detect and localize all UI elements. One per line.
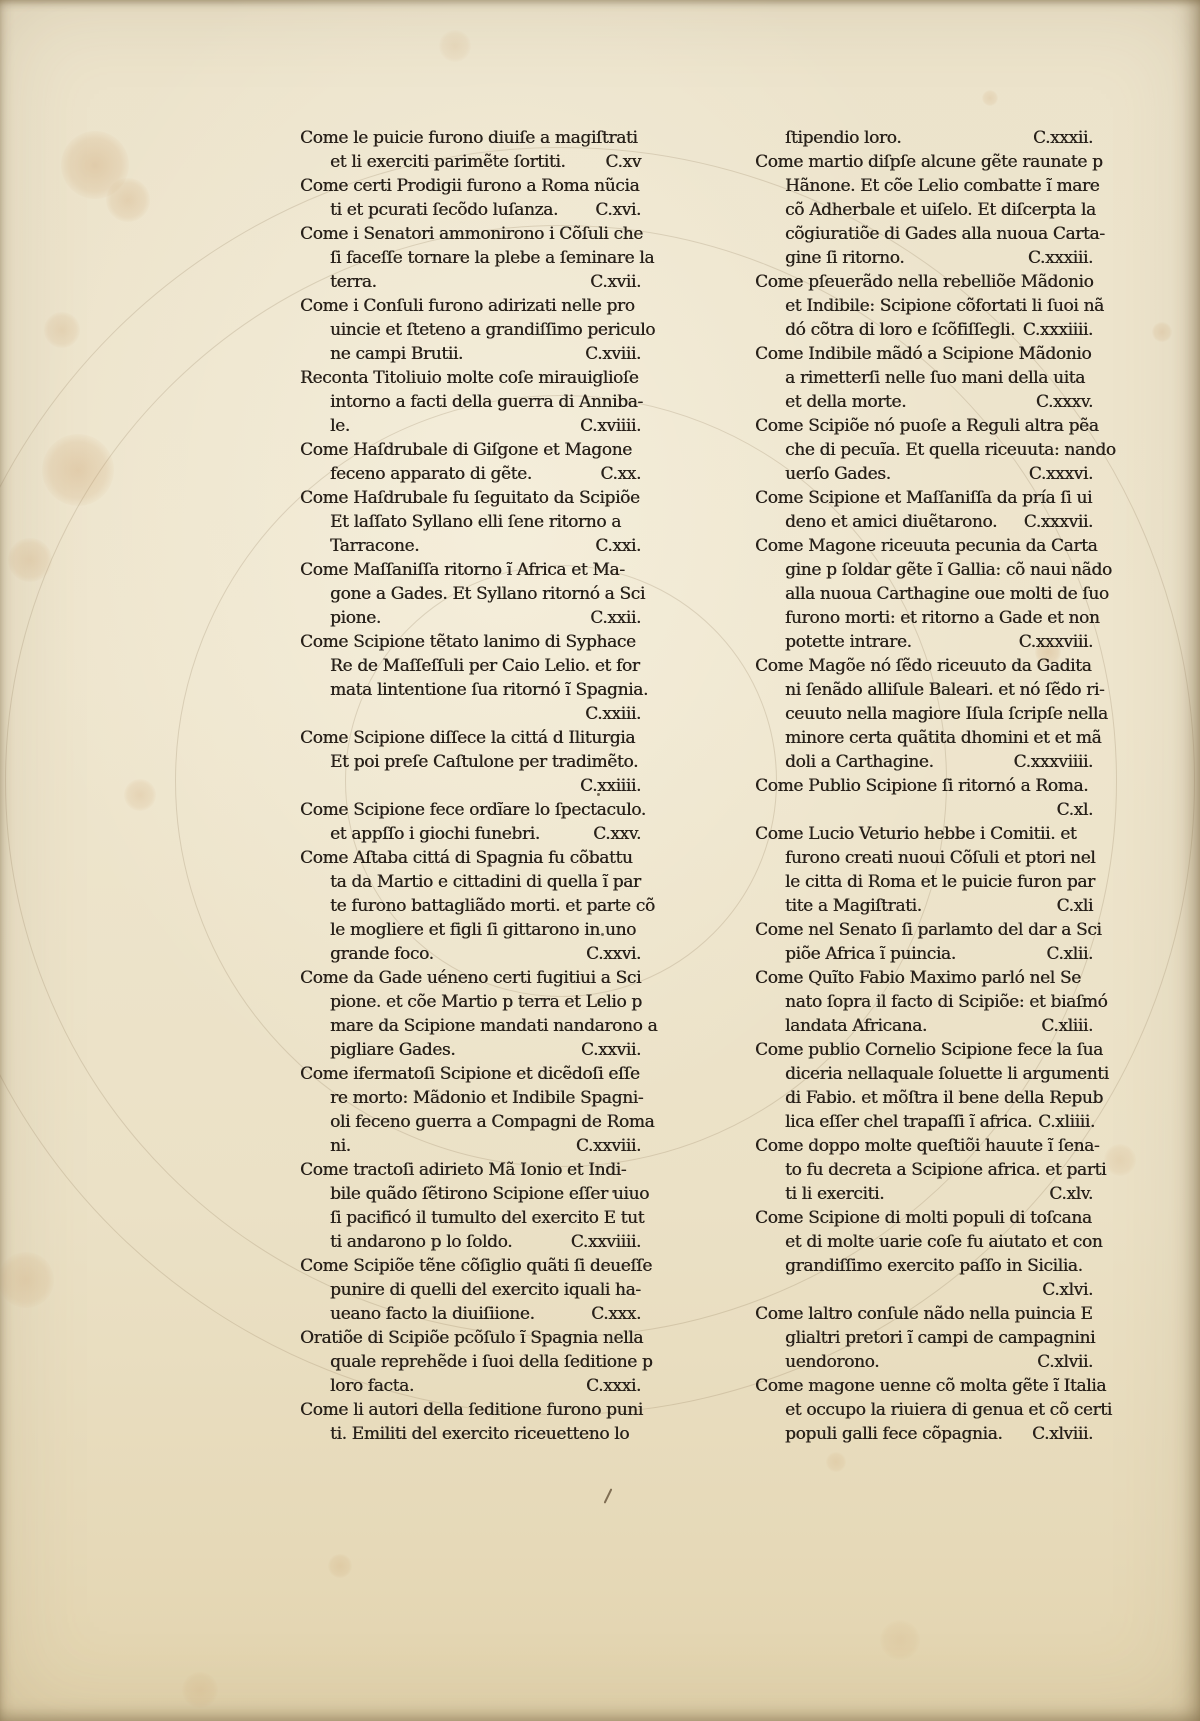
toc-line-text: Come Maſſaniſſa ritorno ĩ Africa et Ma- (300, 558, 625, 582)
toc-line-text: tite a Magiſtrati. (785, 894, 922, 918)
toc-line-text: Come ifermatoſi Scipione et dicẽdoſi eſſ… (300, 1062, 640, 1086)
toc-line-text: piõe Africa ĩ puincia. (785, 942, 956, 966)
chapter-number: C.xvi. (589, 198, 641, 222)
book-page: Come le puicie furono diuiſe a magiſtrat… (0, 0, 1200, 1721)
toc-line-text: Come Scipione et Maſſaniſſa da pría ſi u… (755, 486, 1092, 510)
toc-line-text: Tarracone. (330, 534, 419, 558)
chapter-number: C.xxvii. (575, 1038, 641, 1062)
chapter-number: C.xxxv. (1030, 390, 1093, 414)
chapter-number: C.xxxii. (1027, 126, 1093, 150)
toc-entry: Come Scipione et Maſſaniſſa da pría ſi u… (755, 486, 1093, 534)
foxing-spot (439, 30, 471, 62)
toc-line-text: le citta di Roma et le puicie furon par (785, 870, 1095, 894)
toc-line-text: potette intrare. (785, 630, 912, 654)
toc-line-text: Come Publio Scipione ſi ritornó a Roma. (755, 774, 1088, 798)
toc-line-text: grande foco. (330, 942, 434, 966)
toc-line: pione. et cõe Martio p terra et Lelio p (300, 990, 641, 1014)
toc-line: Come Scipiõe nó puoſe a Reguli altra pẽa (755, 414, 1093, 438)
foxing-spot (124, 779, 156, 811)
toc-line: landata Africana.C.xliii. (755, 1014, 1093, 1038)
chapter-number: C.xli (1050, 894, 1093, 918)
toc-line-text: gone a Gades. Et Syllano ritornó a Sci (330, 582, 645, 606)
toc-line-text: loro facta. (330, 1374, 414, 1398)
toc-entry: Come Scipione tẽtato lanimo di SyphaceRe… (300, 630, 641, 726)
chapter-number: C.xxxiii. (1022, 246, 1093, 270)
toc-entry: Come le puicie furono diuiſe a magiſtrat… (300, 126, 641, 174)
toc-line: Come magone uenne cõ molta gẽte ĩ Italia (755, 1374, 1093, 1398)
foxing-spot (1152, 322, 1172, 342)
foxing-spot (61, 131, 129, 199)
toc-entry: Come Scipione di molti populi di toſcana… (755, 1206, 1093, 1302)
toc-entry: Come doppo molte queſtiõi hauute ĩ ſena-… (755, 1134, 1093, 1206)
toc-line-text: gine ſi ritorno. (785, 246, 904, 270)
toc-line: Oratiõe di Scipiõe pcõſulo ĩ Spagnia nel… (300, 1326, 641, 1350)
toc-line-text: Come da Gade uéneno certi fugitiui a Sci (300, 966, 641, 990)
toc-entry: Come tractoſi adirieto Mã Ionio et Indi-… (300, 1158, 641, 1254)
toc-line: cõgiuratiõe di Gades alla nuoua Carta- (755, 222, 1093, 246)
toc-line-text: ti li exerciti. (785, 1182, 884, 1206)
toc-line-text: cõ Adherbale et uiſelo. Et diſcerpta la (785, 198, 1096, 222)
toc-line-text: ne campi Brutii. (330, 342, 463, 366)
chapter-number: C.xlv. (1043, 1182, 1093, 1206)
toc-entry: ſtipendio loro.C.xxxii. (755, 126, 1093, 150)
chapter-number: C.xxxiiii. (1017, 318, 1093, 342)
toc-line-text: Come li autori della ſeditione furono pu… (300, 1398, 643, 1422)
toc-line: Come publio Cornelio Scipione fece la ſu… (755, 1038, 1093, 1062)
toc-line-text: Come Quĩto Fabio Maximo parló nel Se (755, 966, 1081, 990)
chapter-number: C.xliiii. (1032, 1110, 1095, 1134)
toc-line-text: Come martio diſpſe alcune gẽte raunate p (755, 150, 1103, 174)
toc-line: gine p ſoldar gẽte ĩ Gallia: cõ naui nãd… (755, 558, 1093, 582)
chapter-number: C.xxviii. (570, 1134, 641, 1158)
toc-line-text: Come doppo molte queſtiõi hauute ĩ ſena- (755, 1134, 1099, 1158)
chapter-number: C.xliii. (1035, 1014, 1093, 1038)
chapter-number: C.xlvii. (1031, 1350, 1093, 1374)
chapter-number: C.xv (599, 150, 641, 174)
foxing-spot (1104, 1144, 1136, 1176)
toc-column-right: ſtipendio loro.C.xxxii.Come martio diſpſ… (755, 126, 1093, 1446)
toc-line-text: Come i Senatori ammonirono i Cõſuli che (300, 222, 643, 246)
toc-line: Come Scipiõe tẽne cõſiglio quãti ſi deue… (300, 1254, 641, 1278)
chapter-number: C.xxxviii. (1013, 630, 1093, 654)
toc-line-text: bile quãdo ſẽtirono Scipione eſſer uiuo (330, 1182, 649, 1206)
chapter-number: C.xlvi. (1036, 1278, 1093, 1302)
toc-line-text: Reconta Titoliuio molte coſe mirauiglioſ… (300, 366, 638, 390)
toc-line-text: ni ſenãdo alliſule Baleari. et nó ſẽdo r… (785, 678, 1104, 702)
toc-entry: Come Scipiõe nó puoſe a Reguli altra pẽa… (755, 414, 1093, 486)
toc-line: Reconta Titoliuio molte coſe mirauiglioſ… (300, 366, 641, 390)
toc-line: piõe Africa ĩ puincia.C.xlii. (755, 942, 1093, 966)
toc-line-text: Come Scipiõe nó puoſe a Reguli altra pẽa (755, 414, 1099, 438)
toc-line: pione.C.xxii. (300, 606, 641, 630)
toc-line: Come Haſdrubale di Giſgone et Magone (300, 438, 641, 462)
toc-line: feceno apparato di gẽte.C.xx. (300, 462, 641, 486)
toc-line-text: et occupo la riuiera di genua et cõ cert… (785, 1398, 1112, 1422)
toc-line-text: pione. et cõe Martio p terra et Lelio p (330, 990, 642, 1014)
toc-line-text: deno et amici diuẽtarono. (785, 510, 997, 534)
toc-line-text: Come le puicie furono diuiſe a magiſtrat… (300, 126, 638, 150)
foxing-spot (982, 90, 998, 106)
toc-line: dó cõtra di loro e ſcõfiſſegli.C.xxxiiii… (755, 318, 1093, 342)
toc-line: gine ſi ritorno.C.xxxiii. (755, 246, 1093, 270)
toc-line: Come tractoſi adirieto Mã Ionio et Indi- (300, 1158, 641, 1182)
toc-line: ni ſenãdo alliſule Baleari. et nó ſẽdo r… (755, 678, 1093, 702)
toc-line: tite a Magiſtrati.C.xli (755, 894, 1093, 918)
toc-line: bile quãdo ſẽtirono Scipione eſſer uiuo (300, 1182, 641, 1206)
toc-entry: Come pſeuerãdo nella rebelliõe Mãdonioet… (755, 270, 1093, 342)
toc-line-text: landata Africana. (785, 1014, 927, 1038)
chapter-number: C.xxiiii. (574, 774, 641, 798)
chapter-number: C.xl. (1051, 798, 1093, 822)
toc-line: et Indibile: Scipione cõfortati li ſuoi … (755, 294, 1093, 318)
toc-line: ta da Martio e cittadini di quella ĩ par (300, 870, 641, 894)
toc-entry: Come Magone riceuuta pecunia da Cartagin… (755, 534, 1093, 654)
toc-line: ceuuto nella magiore Iſula ſcripſe nella (755, 702, 1093, 726)
toc-line-text: Come pſeuerãdo nella rebelliõe Mãdonio (755, 270, 1093, 294)
chapter-number: C.xxx. (585, 1302, 641, 1326)
toc-line: Re de Maſſeſſuli per Caio Lelio. et for (300, 654, 641, 678)
toc-entry: Come ifermatoſi Scipione et dicẽdoſi eſſ… (300, 1062, 641, 1158)
chapter-number: C.xxv. (587, 822, 641, 846)
toc-line: ſi faceſſe tornare la plebe a ſeminare l… (300, 246, 641, 270)
toc-line-text: Re de Maſſeſſuli per Caio Lelio. et for (330, 654, 640, 678)
toc-line: furono creati nuoui Cõſuli et ptori nel (755, 846, 1093, 870)
toc-line: le citta di Roma et le puicie furon par (755, 870, 1093, 894)
toc-line: alla nuoua Carthagine oue molti de ſuo (755, 582, 1093, 606)
toc-line-text: uendorono. (785, 1350, 879, 1374)
toc-line: et di molte uarie coſe fu aiutato et con (755, 1230, 1093, 1254)
toc-line-text: feceno apparato di gẽte. (330, 462, 532, 486)
toc-entry: Come li autori della ſeditione furono pu… (300, 1398, 641, 1446)
toc-line: et della morte.C.xxxv. (755, 390, 1093, 414)
toc-entry: Reconta Titoliuio molte coſe mirauiglioſ… (300, 366, 641, 438)
pen-mark (604, 1488, 613, 1503)
toc-line: potette intrare.C.xxxviii. (755, 630, 1093, 654)
toc-line-text: Come Haſdrubale di Giſgone et Magone (300, 438, 632, 462)
chapter-number: C.xxxviiii. (1008, 750, 1093, 774)
toc-line-text: gine p ſoldar gẽte ĩ Gallia: cõ naui nãd… (785, 558, 1112, 582)
toc-line-text: ſi faceſſe tornare la plebe a ſeminare l… (330, 246, 654, 270)
chapter-number: C.xxvi. (580, 942, 641, 966)
toc-line-text: quale reprehẽde i ſuoi della ſeditione p (330, 1350, 652, 1374)
toc-line-text: ſtipendio loro. (785, 126, 901, 150)
toc-line-text: Come certi Prodigii furono a Roma nũcia (300, 174, 639, 198)
toc-line: loro facta.C.xxxi. (300, 1374, 641, 1398)
chapter-number: C.xx. (594, 462, 641, 486)
toc-line: et appſſo i giochi funebri.C.xxv. (300, 822, 641, 846)
toc-entry: Come martio diſpſe alcune gẽte raunate p… (755, 150, 1093, 270)
toc-line: Come Lucio Veturio hebbe i Comitii. et (755, 822, 1093, 846)
toc-line: Come Publio Scipione ſi ritornó a Roma. (755, 774, 1093, 798)
chapter-number: C.xlii. (1040, 942, 1093, 966)
toc-line-text: te furono battagliãdo morti. et parte cõ (330, 894, 655, 918)
toc-line-text: ſi pacificó il tumulto del exercito E tu… (330, 1206, 644, 1230)
toc-line-text: Et poi preſe Caſtulone per tradimẽto. (330, 750, 638, 774)
chapter-number: C.xxxi. (580, 1374, 641, 1398)
toc-line: Come Scipione tẽtato lanimo di Syphace (300, 630, 641, 654)
toc-column-left: Come le puicie furono diuiſe a magiſtrat… (300, 126, 641, 1446)
toc-line-text: minore certa quãtita dhomini et et mã (785, 726, 1101, 750)
toc-line: uendorono.C.xlvii. (755, 1350, 1093, 1374)
toc-line: ni.C.xxviii. (300, 1134, 641, 1158)
toc-line: C.xxiii. (300, 702, 641, 726)
toc-line: mare da Scipione mandati nandarono a (300, 1014, 641, 1038)
foxing-spot (44, 312, 80, 348)
toc-line: Hãnone. Et cõe Lelio combatte ĩ mare (755, 174, 1093, 198)
toc-line: ne campi Brutii.C.xviii. (300, 342, 641, 366)
toc-entry: Come Magõe nó ſẽdo riceuuto da Gaditani … (755, 654, 1093, 774)
chapter-number: C.xxviiii. (565, 1230, 641, 1254)
toc-line: deno et amici diuẽtarono.C.xxxvii. (755, 510, 1093, 534)
toc-entry: Come Scipione fece ordĩare lo ſpectaculo… (300, 798, 641, 846)
toc-line-text: diceria nellaquale ſoluette li argumenti (785, 1062, 1109, 1086)
toc-line-text: alla nuoua Carthagine oue molti de ſuo (785, 582, 1109, 606)
toc-line: minore certa quãtita dhomini et et mã (755, 726, 1093, 750)
toc-entry: Come Scipiõe tẽne cõſiglio quãti ſi deue… (300, 1254, 641, 1326)
toc-line-text: punire di quelli del exercito iquali ha- (330, 1278, 641, 1302)
toc-line-text: Come Haſdrubale fu ſeguitato da Scipiõe (300, 486, 640, 510)
chapter-number: C.xlviii. (1026, 1422, 1093, 1446)
toc-entry: Oratiõe di Scipiõe pcõſulo ĩ Spagnia nel… (300, 1326, 641, 1398)
toc-line-text: et di molte uarie coſe fu aiutato et con (785, 1230, 1102, 1254)
chapter-number: C.xxii. (584, 606, 641, 630)
toc-line-text: Come tractoſi adirieto Mã Ionio et Indi- (300, 1158, 626, 1182)
toc-line-text: glialtri pretori ĩ campi de campagnini (785, 1326, 1095, 1350)
chapter-number: C.xviii. (579, 342, 641, 366)
toc-line: Come li autori della ſeditione furono pu… (300, 1398, 641, 1422)
toc-entry: Come publio Cornelio Scipione fece la ſu… (755, 1038, 1093, 1134)
toc-line: Come nel Senato ſi parlamto del dar a Sc… (755, 918, 1093, 942)
toc-line: Come Scipione et Maſſaniſſa da pría ſi u… (755, 486, 1093, 510)
toc-line-text: ceuuto nella magiore Iſula ſcripſe nella (785, 702, 1108, 726)
toc-line: le.C.xviiii. (300, 414, 641, 438)
toc-line: C.xl. (755, 798, 1093, 822)
toc-line-text: populi galli fece cõpagnia. (785, 1422, 1002, 1446)
toc-line: populi galli fece cõpagnia.C.xlviii. (755, 1422, 1093, 1446)
toc-entry: Come nel Senato ſi parlamto del dar a Sc… (755, 918, 1093, 966)
toc-line-text: doli a Carthagine. (785, 750, 934, 774)
toc-line: Come laltro conſule nãdo nella puincia E (755, 1302, 1093, 1326)
toc-line-text: Come Magõe nó ſẽdo riceuuto da Gadita (755, 654, 1091, 678)
foxing-spot (826, 1452, 846, 1472)
toc-line: Come ifermatoſi Scipione et dicẽdoſi eſſ… (300, 1062, 641, 1086)
toc-line-text: uerſo Gades. (785, 462, 891, 486)
toc-line-text: Come Scipione di molti populi di toſcana (755, 1206, 1092, 1230)
toc-line-text: ni. (330, 1134, 351, 1158)
toc-line: glialtri pretori ĩ campi de campagnini (755, 1326, 1093, 1350)
toc-entry: Come Maſſaniſſa ritorno ĩ Africa et Ma-g… (300, 558, 641, 630)
toc-line: doli a Carthagine.C.xxxviiii. (755, 750, 1093, 774)
foxing-spot (106, 178, 150, 222)
toc-line-text: grandiſſimo exercito paſſo in Sicilia. (785, 1254, 1083, 1278)
toc-entry: Come magone uenne cõ molta gẽte ĩ Italia… (755, 1374, 1093, 1446)
toc-line-text: to fu decreta a Scipione africa. et part… (785, 1158, 1106, 1182)
foxing-spot (8, 538, 52, 582)
toc-entry: Come Indibile mãdó a Scipione Mãdonioa r… (755, 342, 1093, 414)
toc-line-text: pigliare Gades. (330, 1038, 455, 1062)
toc-line-text: Come Aſtaba cittá di Spagnia fu cõbattu (300, 846, 633, 870)
toc-line: Come certi Prodigii furono a Roma nũcia (300, 174, 641, 198)
toc-line-text: Come i Conſuli furono adirizati nelle pr… (300, 294, 635, 318)
toc-entry: Come Publio Scipione ſi ritornó a Roma.C… (755, 774, 1093, 822)
toc-line-text: et li exerciti parimẽte ſortiti. (330, 150, 566, 174)
toc-line: mata lintentione ſua ritornó ĩ Spagnia. (300, 678, 641, 702)
toc-line-text: pione. (330, 606, 381, 630)
toc-line: ſtipendio loro.C.xxxii. (755, 126, 1093, 150)
toc-line-text: Come Scipione fece ordĩare lo ſpectaculo… (300, 798, 646, 822)
chapter-number: C.xvii. (584, 270, 641, 294)
toc-line: terra.C.xvii. (300, 270, 641, 294)
toc-line-text: furono creati nuoui Cõſuli et ptori nel (785, 846, 1095, 870)
toc-line: ti andarono p lo ſoldo.C.xxviiii. (300, 1230, 641, 1254)
toc-line-text: Come Scipione diſſece la cittá d Iliturg… (300, 726, 635, 750)
toc-line: Come i Conſuli furono adirizati nelle pr… (300, 294, 641, 318)
toc-line-text: cõgiuratiõe di Gades alla nuoua Carta- (785, 222, 1105, 246)
toc-line-text: mare da Scipione mandati nandarono a (330, 1014, 657, 1038)
toc-line: le mogliere et figli ſi gittarono in uno (300, 918, 641, 942)
toc-line-text: ueano facto la diuiſiione. (330, 1302, 535, 1326)
toc-line-text: uincie et ſteteno a grandiſſimo periculo (330, 318, 655, 342)
toc-entry: Come certi Prodigii furono a Roma nũciat… (300, 174, 641, 222)
toc-entry: Come laltro conſule nãdo nella puincia E… (755, 1302, 1093, 1374)
toc-line: Come Scipione diſſece la cittá d Iliturg… (300, 726, 641, 750)
toc-line-text: Come Scipione tẽtato lanimo di Syphace (300, 630, 636, 654)
toc-line-text: Come nel Senato ſi parlamto del dar a Sc… (755, 918, 1102, 942)
toc-line-text: Come magone uenne cõ molta gẽte ĩ Italia (755, 1374, 1106, 1398)
toc-line: C.xxiiii. (300, 774, 641, 798)
toc-line-text: le mogliere et figli ſi gittarono in uno (330, 918, 636, 942)
toc-line-text: et Indibile: Scipione cõfortati li ſuoi … (785, 294, 1104, 318)
toc-line-text: a rimetterſi nelle ſuo mani della uita (785, 366, 1085, 390)
toc-line-text: che di pecuĩa. Et quella riceuuta: nando (785, 438, 1116, 462)
toc-line: furono morti: et ritorno a Gade et non (755, 606, 1093, 630)
toc-line-text: Come Scipiõe tẽne cõſiglio quãti ſi deue… (300, 1254, 652, 1278)
toc-line: ti li exerciti.C.xlv. (755, 1182, 1093, 1206)
toc-line: punire di quelli del exercito iquali ha- (300, 1278, 641, 1302)
toc-line-text: et della morte. (785, 390, 906, 414)
toc-line-text: ti andarono p lo ſoldo. (330, 1230, 512, 1254)
toc-line: lica eſſer chel trapaſſi ĩ africa.C.xlii… (755, 1110, 1093, 1134)
toc-line: Et laſſato Syllano elli ſene ritorno a (300, 510, 641, 534)
toc-line: to fu decreta a Scipione africa. et part… (755, 1158, 1093, 1182)
toc-line: Come Magone riceuuta pecunia da Carta (755, 534, 1093, 558)
toc-line: diceria nellaquale ſoluette li argumenti (755, 1062, 1093, 1086)
toc-line: Come pſeuerãdo nella rebelliõe Mãdonio (755, 270, 1093, 294)
toc-line: intorno a facti della guerra di Anniba- (300, 390, 641, 414)
toc-line: Come Magõe nó ſẽdo riceuuto da Gadita (755, 654, 1093, 678)
toc-entry: Come Haſdrubale fu ſeguitato da ScipiõeE… (300, 486, 641, 558)
toc-line: Come Indibile mãdó a Scipione Mãdonio (755, 342, 1093, 366)
toc-line-text: ta da Martio e cittadini di quella ĩ par (330, 870, 641, 894)
toc-line: Tarracone.C.xxi. (300, 534, 641, 558)
toc-line-text: furono morti: et ritorno a Gade et non (785, 606, 1099, 630)
toc-line-text: di Fabio. et mõſtra il bene della Repub (785, 1086, 1103, 1110)
toc-line: te furono battagliãdo morti. et parte cõ (300, 894, 641, 918)
toc-line: et li exerciti parimẽte ſortiti.C.xv (300, 150, 641, 174)
toc-line-text: Come laltro conſule nãdo nella puincia E (755, 1302, 1092, 1326)
toc-line: re morto: Mãdonio et Indibile Spagni- (300, 1086, 641, 1110)
toc-line-text: Come Magone riceuuta pecunia da Carta (755, 534, 1097, 558)
toc-line: ti. Emiliti del exercito riceuetteno lo (300, 1422, 641, 1446)
toc-line-text: Come publio Cornelio Scipione fece la ſu… (755, 1038, 1103, 1062)
toc-line-text: terra. (330, 270, 377, 294)
toc-line: Et poi preſe Caſtulone per tradimẽto. (300, 750, 641, 774)
toc-line: Come Quĩto Fabio Maximo parló nel Se (755, 966, 1093, 990)
foxing-spot (42, 434, 114, 506)
foxing-spot (328, 1554, 352, 1578)
toc-line: Come Aſtaba cittá di Spagnia fu cõbattu (300, 846, 641, 870)
toc-line-text: Et laſſato Syllano elli ſene ritorno a (330, 510, 621, 534)
toc-line-text: re morto: Mãdonio et Indibile Spagni- (330, 1086, 643, 1110)
toc-line-text: nato ſopra il facto di Scipiõe: et biaſm… (785, 990, 1107, 1014)
toc-line: Come Maſſaniſſa ritorno ĩ Africa et Ma- (300, 558, 641, 582)
toc-line: nato ſopra il facto di Scipiõe: et biaſm… (755, 990, 1093, 1014)
toc-line: uerſo Gades.C.xxxvi. (755, 462, 1093, 486)
toc-entry: Come Haſdrubale di Giſgone et Magonefece… (300, 438, 641, 486)
toc-entry: Come Scipione diſſece la cittá d Iliturg… (300, 726, 641, 798)
toc-line-text: Hãnone. Et cõe Lelio combatte ĩ mare (785, 174, 1099, 198)
toc-line: a rimetterſi nelle ſuo mani della uita (755, 366, 1093, 390)
toc-line-text: et appſſo i giochi funebri. (330, 822, 540, 846)
toc-line: uincie et ſteteno a grandiſſimo periculo (300, 318, 641, 342)
toc-line: oli feceno guerra a Compagni de Roma (300, 1110, 641, 1134)
chapter-number: C.xxxvii. (1018, 510, 1093, 534)
toc-line: ueano facto la diuiſiione.C.xxx. (300, 1302, 641, 1326)
toc-entry: Come i Senatori ammonirono i Cõſuli cheſ… (300, 222, 641, 294)
toc-line: di Fabio. et mõſtra il bene della Repub (755, 1086, 1093, 1110)
toc-line: Come da Gade uéneno certi fugitiui a Sci (300, 966, 641, 990)
toc-line-text: Come Lucio Veturio hebbe i Comitii. et (755, 822, 1076, 846)
toc-line-text: mata lintentione ſua ritornó ĩ Spagnia. (330, 678, 648, 702)
toc-line-text: le. (330, 414, 350, 438)
toc-line: grandiſſimo exercito paſſo in Sicilia. (755, 1254, 1093, 1278)
chapter-number: C.xxiii. (579, 702, 641, 726)
foxing-spot (0, 1252, 54, 1308)
toc-line: ſi pacificó il tumulto del exercito E tu… (300, 1206, 641, 1230)
toc-line: C.xlvi. (755, 1278, 1093, 1302)
toc-line: Come martio diſpſe alcune gẽte raunate p (755, 150, 1093, 174)
foxing-spot (880, 1620, 920, 1660)
toc-line-text: lica eſſer chel trapaſſi ĩ africa. (785, 1110, 1032, 1134)
toc-line-text: Come Indibile mãdó a Scipione Mãdonio (755, 342, 1091, 366)
toc-line-text: intorno a facti della guerra di Anniba- (330, 390, 643, 414)
toc-line-text: oli feceno guerra a Compagni de Roma (330, 1110, 654, 1134)
toc-line-text: dó cõtra di loro e ſcõfiſſegli. (785, 318, 1015, 342)
toc-entry: Come Aſtaba cittá di Spagnia fu cõbattut… (300, 846, 641, 966)
toc-line: Come Scipione di molti populi di toſcana (755, 1206, 1093, 1230)
toc-line: et occupo la riuiera di genua et cõ cert… (755, 1398, 1093, 1422)
toc-line: ti et pcurati ſecõdo luſanza.C.xvi. (300, 198, 641, 222)
toc-line: Come Haſdrubale fu ſeguitato da Scipiõe (300, 486, 641, 510)
toc-entry: Come Lucio Veturio hebbe i Comitii. etfu… (755, 822, 1093, 918)
chapter-number: C.xxxvi. (1023, 462, 1093, 486)
chapter-number: C.xxi. (589, 534, 641, 558)
toc-line: Come Scipione fece ordĩare lo ſpectaculo… (300, 798, 641, 822)
foxing-spot (182, 1672, 218, 1708)
toc-line: Come le puicie furono diuiſe a magiſtrat… (300, 126, 641, 150)
toc-line: grande foco.C.xxvi. (300, 942, 641, 966)
toc-entry: Come i Conſuli furono adirizati nelle pr… (300, 294, 641, 366)
toc-line: Come doppo molte queſtiõi hauute ĩ ſena- (755, 1134, 1093, 1158)
toc-line-text: Oratiõe di Scipiõe pcõſulo ĩ Spagnia nel… (300, 1326, 643, 1350)
toc-entry: Come da Gade uéneno certi fugitiui a Sci… (300, 966, 641, 1062)
toc-line: cõ Adherbale et uiſelo. Et diſcerpta la (755, 198, 1093, 222)
toc-line: pigliare Gades.C.xxvii. (300, 1038, 641, 1062)
toc-entry: Come Quĩto Fabio Maximo parló nel Senato… (755, 966, 1093, 1038)
toc-line-text: ti. Emiliti del exercito riceuetteno lo (330, 1422, 629, 1446)
toc-line-text: ti et pcurati ſecõdo luſanza. (330, 198, 558, 222)
chapter-number: C.xviiii. (574, 414, 641, 438)
